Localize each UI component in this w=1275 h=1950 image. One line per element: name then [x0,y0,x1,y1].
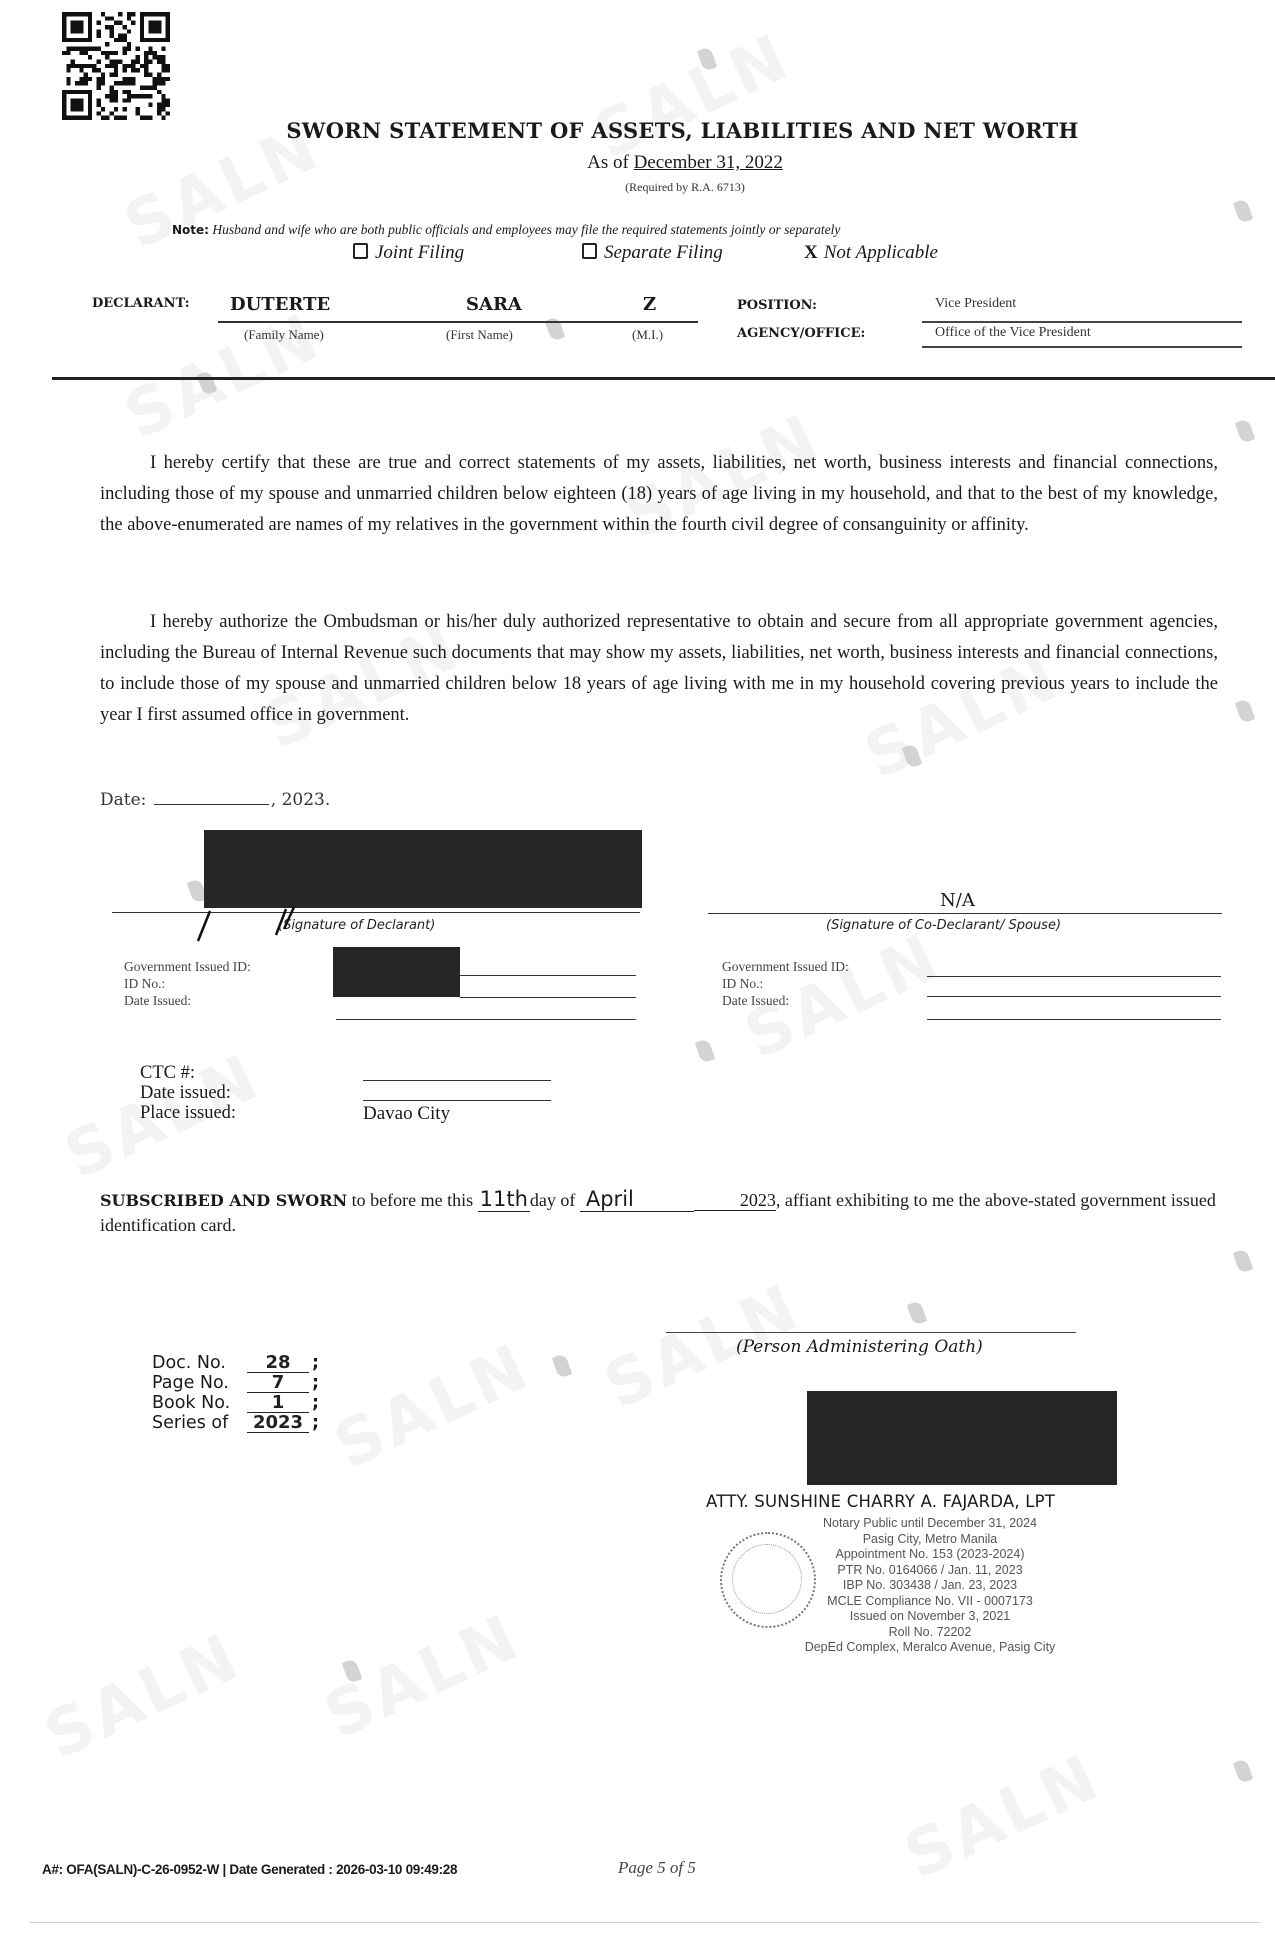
book-no-row: Book No.1; [152,1393,319,1413]
date-field: Date: , 2023. [100,790,330,810]
as-of-date-value: December 31, 2022 [634,152,783,173]
document-title: SWORN STATEMENT OF ASSETS, LIABILITIES A… [0,118,1275,143]
agency-line [922,346,1242,348]
id-no-field[interactable] [460,997,636,998]
as-of-date: As of December 31, 2022 [0,152,1275,174]
jurat-statement: SUBSCRIBED AND SWORN to before me this 1… [100,1187,1270,1238]
co-date-issued-field[interactable] [927,1019,1221,1020]
watermark-logo-icon [902,743,923,768]
page-no-row: Page No.7; [152,1373,319,1393]
gov-id-field[interactable] [460,975,636,976]
date-label: Date: [100,790,146,810]
watermark-logo-icon [552,1353,573,1378]
family-name-caption: (Family Name) [244,327,324,343]
separate-filing-option[interactable]: Separate Filing [582,242,723,264]
page-no-value: 7 [247,1374,309,1393]
redacted-notary-signature [807,1391,1117,1485]
co-gov-id-label: Government Issued ID: [722,958,849,975]
joint-filing-option[interactable]: Joint Filing [353,242,464,264]
co-declarant-signature-line [708,913,1222,914]
jurat-day: 11th [478,1187,530,1212]
jurat-lead: SUBSCRIBED AND SWORN [100,1191,347,1210]
ctc-date-issued-label: Date issued: [140,1083,236,1103]
watermark: SALN [584,20,802,174]
separate-filing-label: Separate Filing [604,242,723,263]
separate-filing-checkbox[interactable] [582,243,597,259]
notary-mcle-issued: Issued on November 3, 2021 [780,1609,1080,1625]
page-no-label: Page No. [152,1373,247,1393]
jurat-year: 2023 [694,1190,776,1211]
notary-mcle: MCLE Compliance No. VII - 0007173 [780,1594,1080,1610]
declarant-name-line [218,321,698,323]
oath-caption: (Person Administering Oath) [736,1337,983,1357]
watermark-logo-icon [1233,1758,1254,1783]
family-name: DUTERTE [230,294,330,315]
watermark-logo-icon [695,1038,716,1063]
ctc-date-field[interactable] [363,1100,551,1101]
book-no-value: 1 [247,1394,309,1413]
doc-no-row: Doc. No.28; [152,1353,319,1373]
x-mark-icon[interactable]: X [804,242,818,263]
position-value: Vice President [935,296,1016,312]
qr-code-icon [62,12,170,120]
ctc-labels: CTC #: Date issued: Place issued: [140,1063,236,1123]
watermark-logo-icon [1235,698,1256,723]
signature-stroke-icon [190,905,310,945]
watermark-logo-icon [342,1658,363,1683]
doc-no-value: 28 [247,1354,309,1373]
certification-paragraph: I hereby certify that these are true and… [100,448,1218,541]
date-year: , 2023. [271,790,330,810]
required-by: (Required by R.A. 6713) [0,180,1275,195]
not-applicable-option[interactable]: XNot Applicable [804,242,938,264]
section-divider [52,377,1275,380]
date-issued-field[interactable] [336,1019,636,1020]
series-label: Series of [152,1413,247,1433]
date-blank[interactable] [154,804,269,805]
book-no-label: Book No. [152,1393,247,1413]
watermark-logo-icon [1233,198,1254,223]
authorization-paragraph: I hereby authorize the Ombudsman or his/… [100,607,1218,731]
document-reference: A#: OFA(SALN)-C-26-0952-W | Date Generat… [42,1862,457,1877]
declarant-label: DECLARANT: [92,296,190,311]
middle-initial: Z [643,294,656,315]
co-id-no-field[interactable] [927,996,1221,997]
notary-details: Notary Public until December 31, 2024 Pa… [780,1516,1080,1656]
jurat-text-1: to before me this [347,1190,473,1210]
declarant-id-labels: Government Issued ID: ID No.: Date Issue… [124,958,251,1009]
authorization-text: I hereby authorize the Ombudsman or his/… [100,607,1218,731]
redacted-id [333,947,460,997]
co-id-no-label: ID No.: [722,975,849,992]
notary-commission: Notary Public until December 31, 2024 [780,1516,1080,1532]
co-gov-id-field[interactable] [927,976,1221,977]
page-number: Page 5 of 5 [618,1858,696,1878]
series-value: 2023 [247,1414,309,1433]
watermark: SALN [894,1740,1112,1894]
co-declarant-signature-caption: (Signature of Co-Declarant/ Spouse) [826,918,1061,933]
notary-name: ATTY. SUNSHINE CHARRY A. FAJARDA, LPT [706,1492,1055,1511]
notarial-register: Doc. No.28; Page No.7; Book No.1; Series… [152,1353,319,1433]
position-label: POSITION: [737,298,817,313]
redacted-signature [204,830,642,908]
mi-caption: (M.I.) [632,327,663,343]
notary-appointment: Appointment No. 153 (2023-2024) [780,1547,1080,1563]
position-line [922,321,1242,323]
agency-value: Office of the Vice President [935,325,1091,341]
ctc-place-issued-label: Place issued: [140,1103,236,1123]
notary-roll-no: Roll No. 72202 [780,1625,1080,1641]
filing-note: Note: Husband and wife who are both publ… [172,222,840,238]
co-declarant-value: N/A [940,890,975,911]
notary-address: DepEd Complex, Meralco Avenue, Pasig Cit… [780,1640,1080,1656]
co-date-issued-label: Date Issued: [722,992,849,1009]
ctc-label: CTC #: [140,1063,236,1083]
co-declarant-id-labels: Government Issued ID: ID No.: Date Issue… [722,958,849,1009]
doc-no-label: Doc. No. [152,1353,247,1373]
watermark-logo-icon [907,1300,928,1325]
agency-label: AGENCY/OFFICE: [737,326,865,341]
gov-id-label: Government Issued ID: [124,958,251,975]
watermark: SALN [34,1620,252,1774]
notary-ibp: IBP No. 303438 / Jan. 23, 2023 [780,1578,1080,1594]
watermark-logo-icon [1235,418,1256,443]
joint-filing-label: Joint Filing [375,242,464,263]
id-no-label: ID No.: [124,975,251,992]
not-applicable-label: Not Applicable [824,242,938,263]
certification-text: I hereby certify that these are true and… [100,448,1218,541]
ctc-place-issued-value: Davao City [363,1103,450,1125]
notary-location: Pasig City, Metro Manila [780,1532,1080,1548]
date-issued-label: Date Issued: [124,992,251,1009]
watermark-logo-icon [197,370,218,395]
joint-filing-checkbox[interactable] [353,243,368,259]
ctc-number-field[interactable] [363,1080,551,1081]
notary-ptr: PTR No. 0164066 / Jan. 11, 2023 [780,1563,1080,1579]
series-row: Series of2023; [152,1413,319,1433]
jurat-text-2: day of [530,1190,580,1210]
watermark-logo-icon [697,46,718,71]
note-label: Note: [172,223,209,237]
watermark: SALN [324,1330,542,1484]
first-name: SARA [466,294,522,315]
as-of-prefix: As of [587,152,629,173]
watermark-logo-icon [1233,1248,1254,1273]
jurat-month: April [580,1187,694,1212]
oath-signature-line [666,1332,1076,1333]
note-text: Husband and wife who are both public off… [212,222,840,237]
bottom-edge [30,1922,1260,1923]
first-name-caption: (First Name) [446,327,513,343]
